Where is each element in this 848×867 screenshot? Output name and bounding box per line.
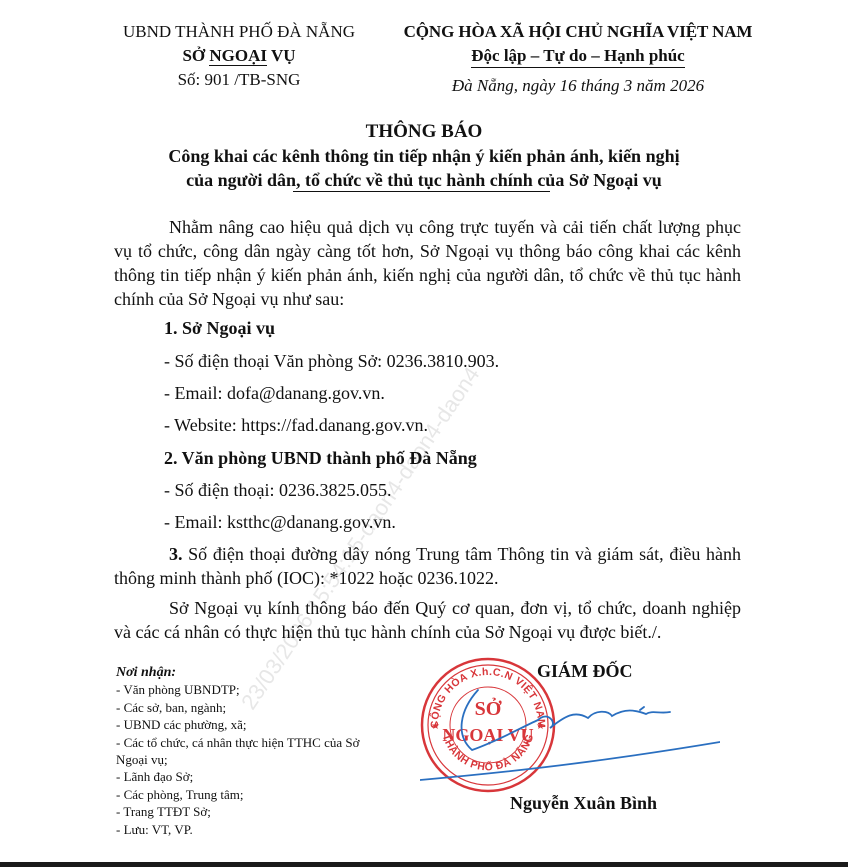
section-1-heading: 1. Sở Ngoại vụ bbox=[164, 316, 275, 340]
recipient-item: - Lưu: VT, VP. bbox=[116, 821, 376, 838]
section-2-email: - Email: kstthc@danang.gov.vn. bbox=[164, 510, 396, 534]
recipient-item: - Lãnh đạo Sở; bbox=[116, 768, 376, 785]
section-3-paragraph: 3. Số điện thoại đường dây nóng Trung tâ… bbox=[114, 542, 741, 590]
recipient-item: - Văn phòng UBNDTP; bbox=[116, 681, 376, 698]
recipient-item: - Trang TTĐT Sở; bbox=[116, 803, 376, 820]
agency-underline: NGOẠI bbox=[209, 46, 267, 66]
title-underline bbox=[293, 191, 550, 192]
parent-agency: UBND THÀNH PHỐ ĐÀ NẴNG bbox=[110, 20, 368, 44]
section-1-website: - Website: https://fad.danang.gov.vn. bbox=[164, 413, 428, 437]
recipients-block: Nơi nhận: - Văn phòng UBNDTP; - Các sở, … bbox=[116, 664, 376, 838]
agency-name: SỞ NGOẠI VỤ bbox=[110, 44, 368, 68]
recipient-item: - Các sở, ban, ngành; bbox=[116, 699, 376, 716]
section-1-phone: - Số điện thoại Văn phòng Sở: 0236.3810.… bbox=[164, 349, 499, 373]
recipients-heading: Nơi nhận: bbox=[116, 664, 376, 681]
place-date: Đà Nẵng, ngày 16 tháng 3 năm 2026 bbox=[388, 74, 768, 98]
nation-title: CỘNG HÒA XÃ HỘI CHỦ NGHĨA VIỆT NAM bbox=[388, 20, 768, 44]
document-title: THÔNG BÁO Công khai các kênh thông tin t… bbox=[100, 120, 748, 192]
section-2-phone: - Số điện thoại: 0236.3825.055. bbox=[164, 478, 392, 502]
national-motto: Độc lập – Tự do – Hạnh phúc bbox=[471, 45, 684, 68]
section-2-heading: 2. Văn phòng UBND thành phố Đà Nẵng bbox=[164, 446, 477, 470]
document-type: THÔNG BÁO bbox=[100, 120, 748, 144]
subject-line-2: của người dân, tổ chức về thủ tục hành c… bbox=[100, 168, 748, 192]
handwritten-signature-icon bbox=[420, 680, 720, 790]
recipient-item: - UBND các phường, xã; bbox=[116, 716, 376, 733]
section-3-text: Số điện thoại đường dây nóng Trung tâm T… bbox=[114, 544, 741, 588]
recipient-item: - Các phòng, Trung tâm; bbox=[116, 786, 376, 803]
closing-paragraph: Sở Ngoại vụ kính thông báo đến Quý cơ qu… bbox=[114, 596, 741, 644]
section-1-email: - Email: dofa@danang.gov.vn. bbox=[164, 381, 385, 405]
intro-paragraph: Nhằm nâng cao hiệu quả dịch vụ công trực… bbox=[114, 215, 741, 311]
subject-line-1: Công khai các kênh thông tin tiếp nhận ý… bbox=[100, 144, 748, 168]
bottom-edge-bar bbox=[0, 862, 848, 867]
recipient-item: - Các tổ chức, cá nhân thực hiện TTHC củ… bbox=[116, 734, 376, 769]
document-number: Số: 901 /TB-SNG bbox=[110, 68, 368, 92]
national-title-block: CỘNG HÒA XÃ HỘI CHỦ NGHĨA VIỆT NAM Độc l… bbox=[388, 20, 768, 98]
section-3-number: 3. bbox=[169, 544, 183, 564]
issuing-authority-block: UBND THÀNH PHỐ ĐÀ NẴNG SỞ NGOẠI VỤ Số: 9… bbox=[110, 20, 368, 92]
signer-name: Nguyễn Xuân Bình bbox=[510, 793, 657, 814]
